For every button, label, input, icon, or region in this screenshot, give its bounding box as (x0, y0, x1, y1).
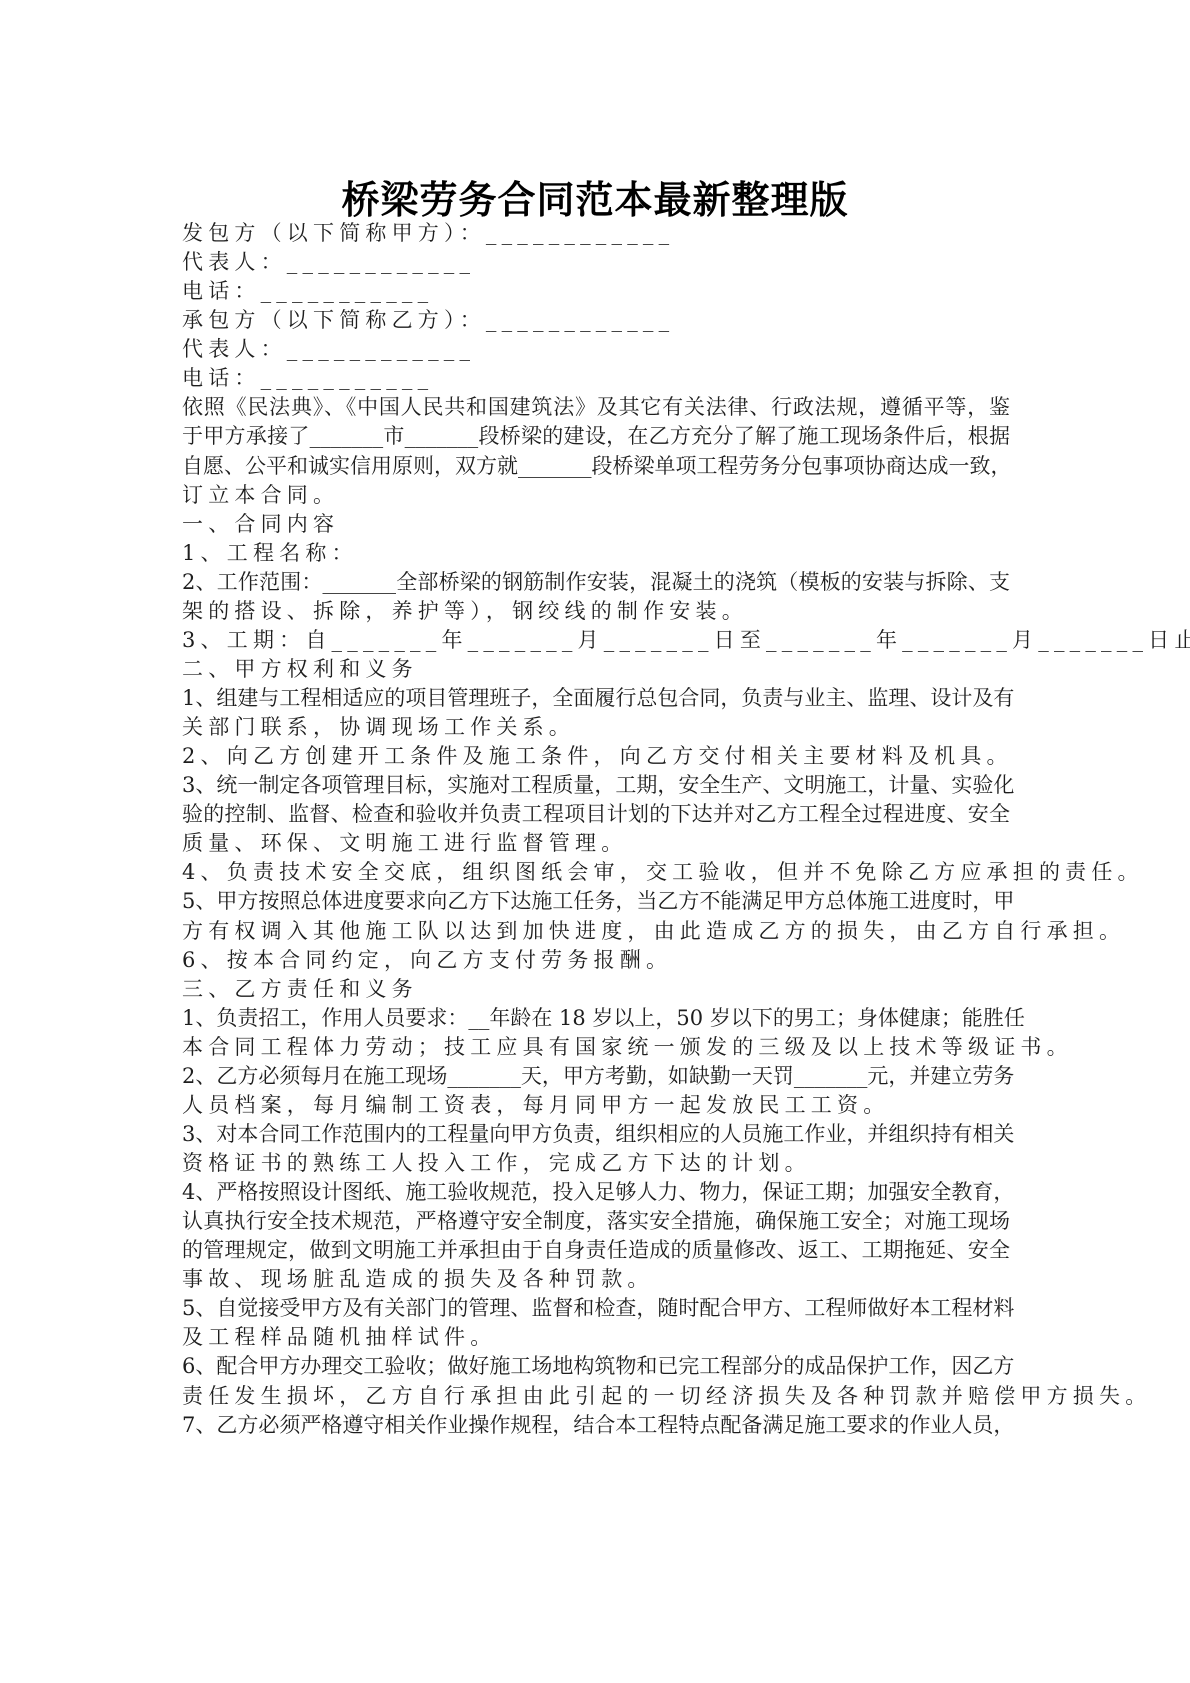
document-line: 订立本合同。 (182, 481, 1010, 510)
document-line: 2、乙方必须每月在施工现场_______天，甲方考勤，如缺勤一天罚_______… (182, 1062, 1010, 1091)
document-line: 2、向乙方创建开工条件及施工条件，向乙方交付相关主要材料及机具。 (182, 742, 1010, 771)
document-line: 电话：___________ (182, 364, 1010, 393)
document-line: 关部门联系，协调现场工作关系。 (182, 713, 1010, 742)
document-line: 认真执行安全技术规范，严格遵守安全制度，落实安全措施，确保施工安全；对施工现场 (182, 1207, 1010, 1236)
document-line: 及工程样品随机抽样试件。 (182, 1323, 1010, 1352)
document-line: 三、乙方责任和义务 (182, 975, 1010, 1004)
document-line: 1、组建与工程相适应的项目管理班子，全面履行总包合同，负责与业主、监理、设计及有 (182, 684, 1010, 713)
document-line: 架的搭设、拆除，养护等），钢绞线的制作安装。 (182, 597, 1010, 626)
document-line: 5、自觉接受甲方及有关部门的管理、监督和检查，随时配合甲方、工程师做好本工程材料 (182, 1294, 1010, 1323)
document-line: 验的控制、监督、检查和验收并负责工程项目计划的下达并对乙方工程全过程进度、安全 (182, 800, 1010, 829)
document-line: 2、工作范围：_______全部桥梁的钢筋制作安装，混凝土的浇筑（模板的安装与拆… (182, 568, 1010, 597)
document-line: 自愿、公平和诚实信用原则，双方就_______段桥梁单项工程劳务分包事项协商达成… (182, 452, 1010, 481)
document-line: 依照《民法典》、《中国人民共和国建筑法》及其它有关法律、行政法规，遵循平等，鉴 (182, 393, 1010, 422)
document-line: 4、负责技术安全交底，组织图纸会审，交工验收，但并不免除乙方应承担的责任。 (182, 858, 1010, 887)
document-line: 于甲方承接了_______市_______段桥梁的建设，在乙方充分了解了施工现场… (182, 422, 1010, 451)
document-line: 责任发生损坏，乙方自行承担由此引起的一切经济损失及各种罚款并赔偿甲方损失。 (182, 1382, 1010, 1411)
document-line: 3、对本合同工作范围内的工程量向甲方负责，组织相应的人员施工作业，并组织持有相关 (182, 1120, 1010, 1149)
document-line: 6、配合甲方办理交工验收；做好施工场地构筑物和已完工程部分的成品保护工作，因乙方 (182, 1352, 1010, 1381)
document-line: 本合同工程体力劳动；技工应具有国家统一颁发的三级及以上技术等级证书。 (182, 1033, 1010, 1062)
document-line: 4、严格按照设计图纸、施工验收规范，投入足够人力、物力，保证工期；加强安全教育， (182, 1178, 1010, 1207)
document-line: 代表人：____________ (182, 248, 1010, 277)
document-line: 5、甲方按照总体进度要求向乙方下达施工任务，当乙方不能满足甲方总体施工进度时，甲 (182, 887, 1010, 916)
document-line: 1、工程名称： (182, 539, 1010, 568)
document-body: 发包方（以下简称甲方）：____________代表人：____________… (182, 219, 1010, 1440)
document-line: 6、按本合同约定，向乙方支付劳务报酬。 (182, 946, 1010, 975)
document-line: 3、工期：自_______年_______月_______日至_______年_… (182, 626, 1010, 655)
document-line: 7、乙方必须严格遵守相关作业操作规程，结合本工程特点配备满足施工要求的作业人员， (182, 1411, 1010, 1440)
document-line: 代表人：____________ (182, 335, 1010, 364)
document-line: 一、合同内容 (182, 510, 1010, 539)
document-line: 事故、现场脏乱造成的损失及各种罚款。 (182, 1265, 1010, 1294)
document-line: 3、统一制定各项管理目标，实施对工程质量，工期，安全生产、文明施工，计量、实验化 (182, 771, 1010, 800)
document-line: 方有权调入其他施工队以达到加快进度，由此造成乙方的损失，由乙方自行承担。 (182, 917, 1010, 946)
document-line: 二、甲方权利和义务 (182, 655, 1010, 684)
document-line: 承包方（以下简称乙方）：____________ (182, 306, 1010, 335)
document-line: 电话：___________ (182, 277, 1010, 306)
document-line: 资格证书的熟练工人投入工作，完成乙方下达的计划。 (182, 1149, 1010, 1178)
document-line: 发包方（以下简称甲方）：____________ (182, 219, 1010, 248)
document-page: 桥梁劳务合同范本最新整理版 发包方（以下简称甲方）：____________代表… (0, 0, 1190, 1683)
document-line: 人员档案，每月编制工资表，每月同甲方一起发放民工工资。 (182, 1091, 1010, 1120)
document-line: 质量、环保、文明施工进行监督管理。 (182, 829, 1010, 858)
document-line: 1、负责招工，作用人员要求：__年龄在 18 岁以上，50 岁以下的男工；身体健… (182, 1004, 1010, 1033)
document-line: 的管理规定，做到文明施工并承担由于自身责任造成的质量修改、返工、工期拖延、安全 (182, 1236, 1010, 1265)
